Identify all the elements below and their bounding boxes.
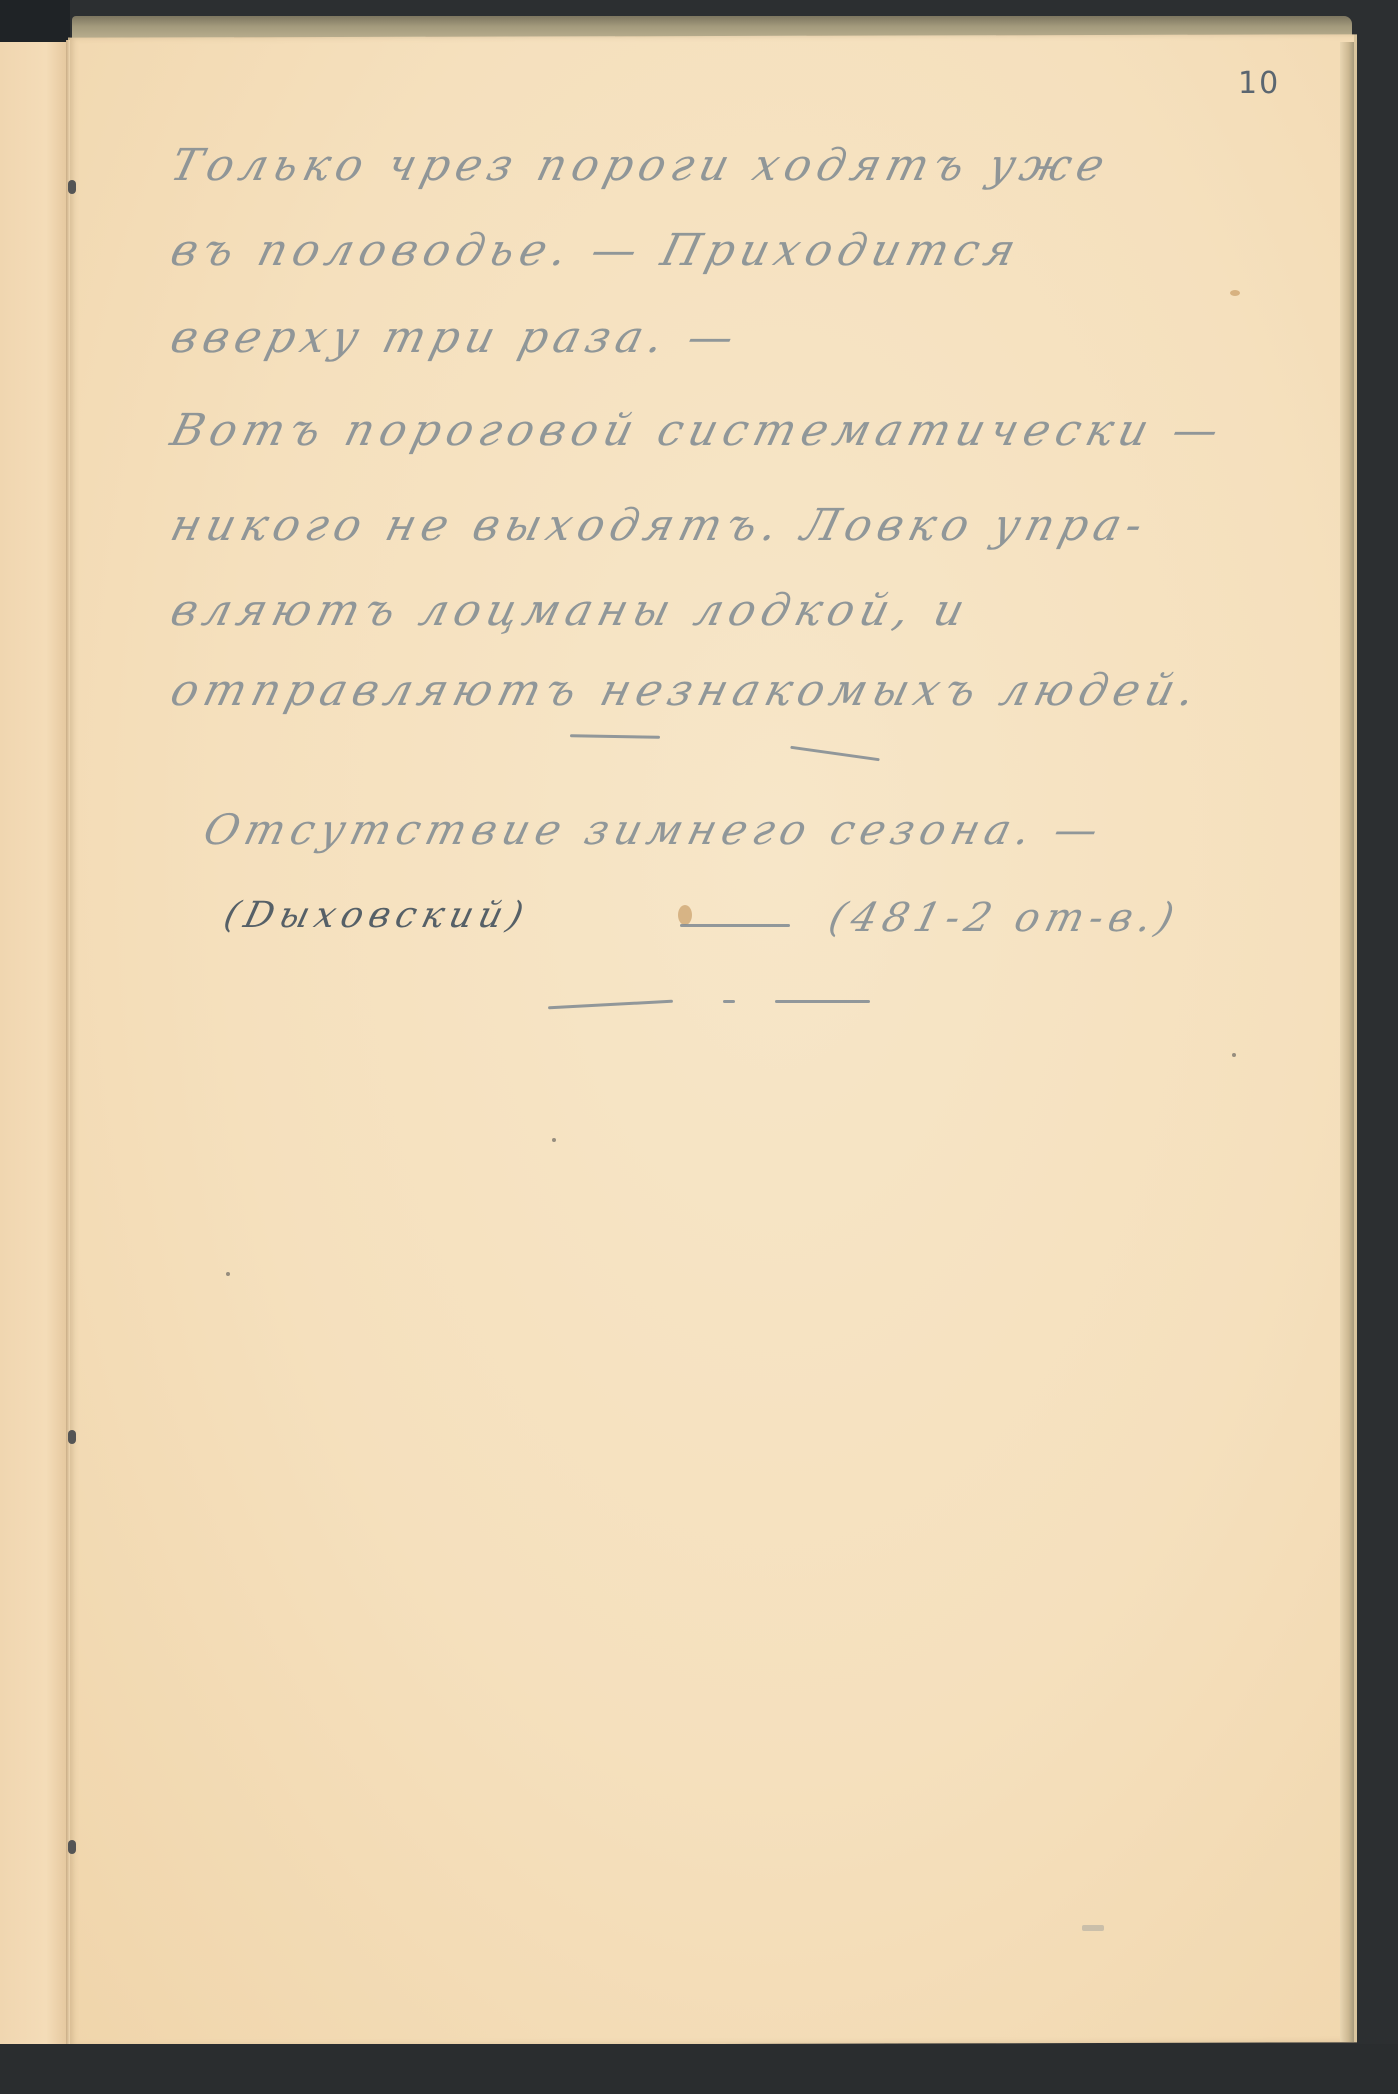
page-stack-right-edge	[1340, 42, 1354, 2042]
paper-stain	[1230, 290, 1240, 296]
book-gutter	[66, 40, 70, 2052]
binding-stitch-hole	[68, 180, 76, 194]
note-line: Отсутствие зимнего сезона. —	[199, 805, 1109, 854]
handwritten-line-6: вляютъ лоцманы лодкой, и	[166, 585, 976, 636]
book-cover-corner	[0, 0, 70, 44]
paper-speck	[552, 1138, 556, 1142]
left-facing-page-edge	[0, 42, 66, 2052]
separator-dash	[723, 1000, 735, 1003]
paper-speck	[226, 1272, 230, 1276]
date-annotation: (481-2 от-в.)	[824, 895, 1184, 941]
separator-dash	[775, 1000, 870, 1003]
faint-mark	[1082, 1925, 1104, 1931]
handwritten-line-4: Вотъ пороговой систематически —	[166, 405, 1230, 456]
binding-stitch-hole	[68, 1430, 76, 1444]
paper-stain	[678, 905, 692, 925]
handwritten-line-5: никого не выходятъ. Ловко упра-	[166, 500, 1154, 551]
handwritten-line-2: въ половодье. — Приходится	[166, 225, 1027, 276]
background-surface	[0, 2044, 1398, 2094]
handwritten-line-3: вверху три раза. —	[166, 312, 745, 363]
paper-speck	[1232, 1053, 1236, 1057]
handwritten-line-7: отправляютъ незнакомыхъ людей.	[166, 665, 1207, 716]
signature: (Dыховский)	[220, 895, 533, 936]
signature-dash	[680, 924, 790, 927]
binding-stitch-hole	[68, 1840, 76, 1854]
handwritten-line-1: Только чрез пороги ходятъ уже	[166, 140, 1116, 191]
page-number: 10	[1238, 66, 1280, 101]
